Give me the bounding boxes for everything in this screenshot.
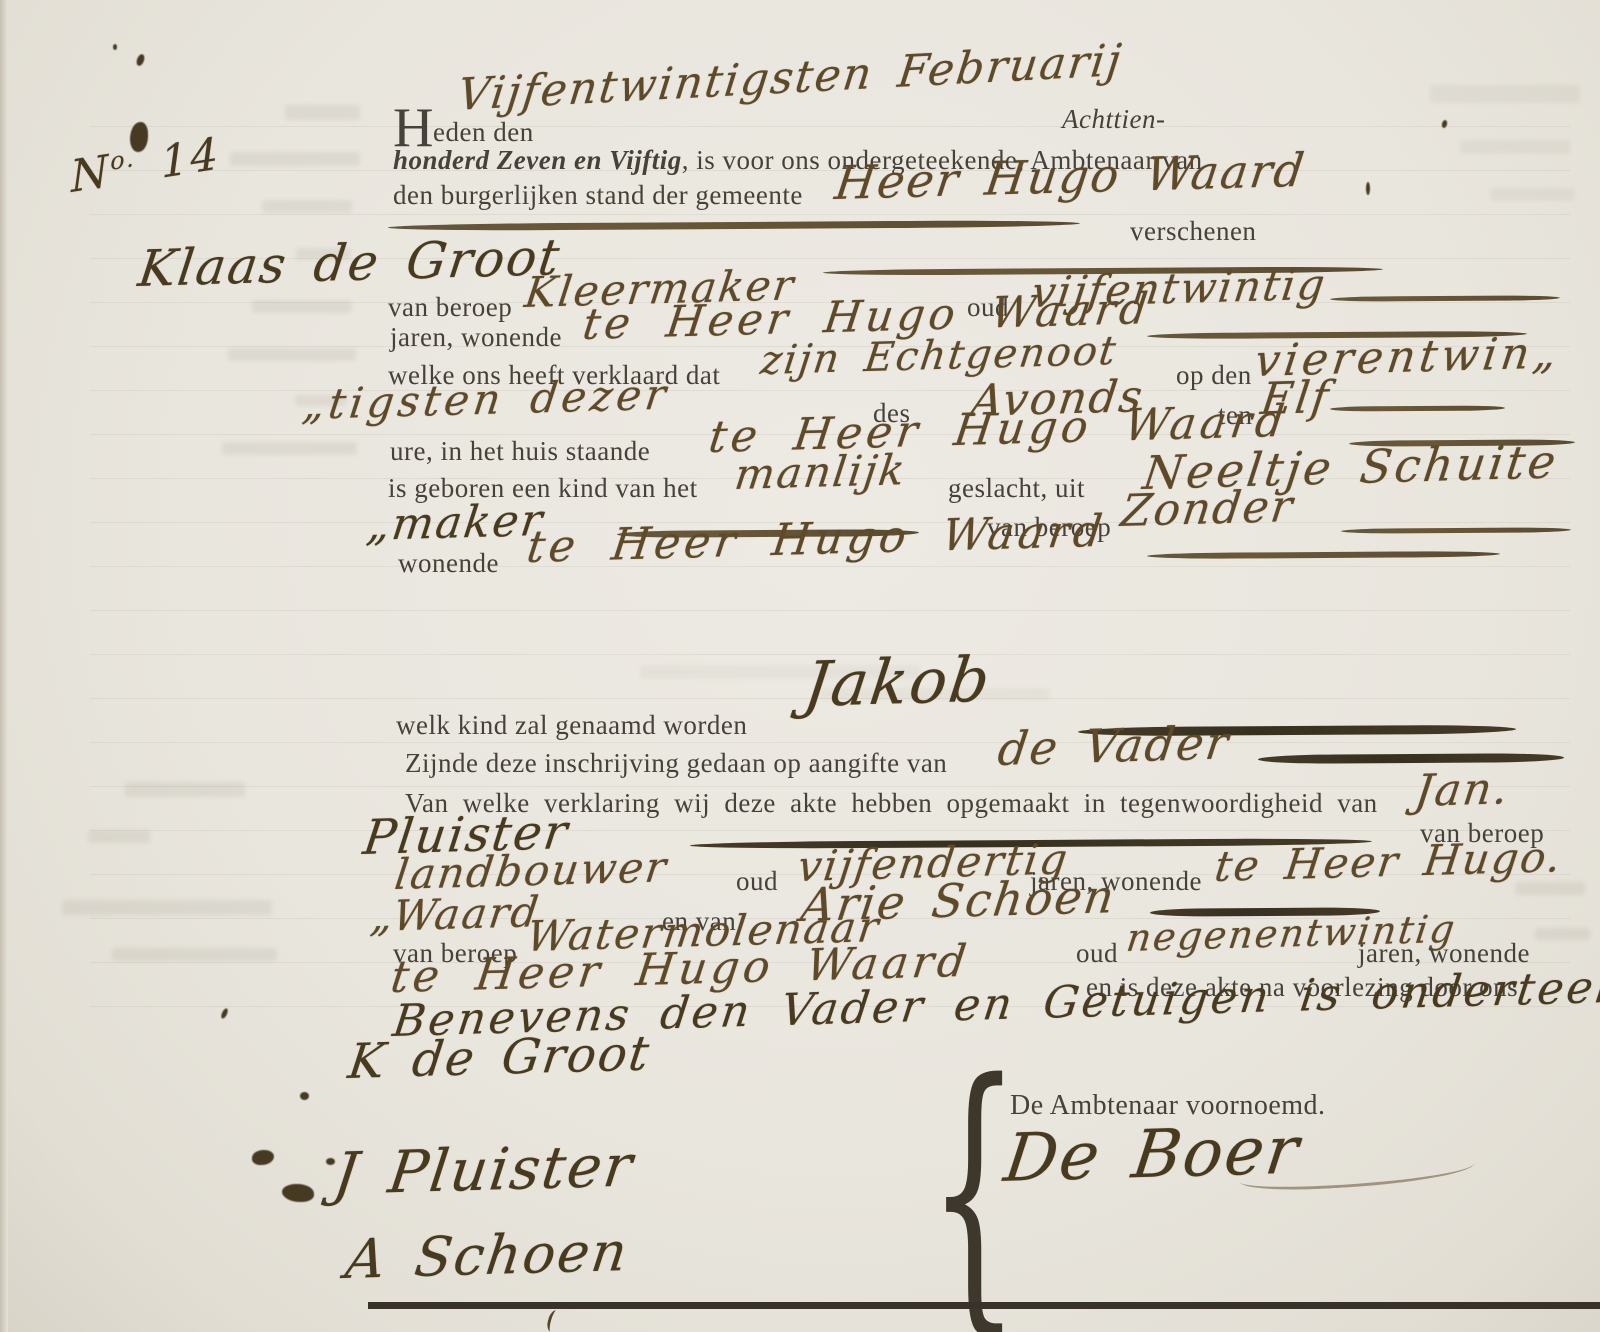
bleed-through-mark (222, 442, 357, 455)
printed-inschrijving-aangifte: Zijnde deze inschrijving gedaan op aangi… (405, 748, 947, 779)
ink-blot (282, 1184, 314, 1202)
printed-oud-3: oud (1076, 938, 1118, 969)
handwritten-declarant-name: Klaas de Groot (135, 228, 565, 298)
handwritten-informant: de Vader (995, 715, 1233, 776)
ink-blot (113, 44, 117, 50)
bleed-through-mark (285, 105, 360, 120)
bleed-through-mark (1515, 882, 1585, 895)
bleed-through-mark (125, 782, 245, 797)
printed-ure-huis: ure, in het huis staande (390, 436, 650, 467)
printed-oud-2: oud (736, 866, 778, 897)
printed-jaren-wonende-1: jaren, wonende (390, 322, 562, 353)
ink-blot (252, 1150, 274, 1165)
bleed-through-mark (228, 348, 356, 361)
bleed-through-mark (1460, 140, 1570, 154)
bleed-through-mark (262, 200, 352, 213)
handwritten-child-name: Jakob (800, 643, 996, 721)
handwritten-gender: manlijk (732, 445, 910, 499)
signature-witness1: J Pluister (330, 1131, 638, 1208)
printed-van-beroep-1: van beroep (388, 292, 512, 323)
printed-op-den: op den (1176, 360, 1252, 391)
ink-blot (326, 1158, 335, 1165)
act-number-superscript: o. (109, 144, 136, 176)
printed-gemeente-label: den burgerlijken stand der gemeente (393, 180, 803, 211)
signature-witness2: A Schoen (342, 1220, 633, 1291)
act-number-prefix: N (69, 145, 112, 203)
printed-wonende-2: wonende (398, 548, 499, 579)
bleed-through-mark (1490, 188, 1575, 201)
bottom-separator-rule (368, 1302, 1600, 1309)
signature-declarant: K de Groot (345, 1025, 654, 1090)
act-number-value: 14 (159, 128, 221, 189)
bleed-through-mark (62, 900, 272, 915)
printed-achttien: Achttien- (1062, 104, 1165, 135)
printed-verschenen: verschenen (1130, 216, 1256, 247)
handwritten-witness1-res-1: te Heer Hugo. (1212, 832, 1566, 891)
ink-blot (300, 1092, 309, 1100)
printed-geslacht-uit: geslacht, uit (948, 473, 1085, 504)
ink-blot (1366, 182, 1370, 195)
bleed-through-mark (88, 830, 150, 843)
handwritten-mother-name-2: „maker (364, 495, 547, 551)
handwritten-birth-day-2: „tigsten dezer (300, 370, 673, 429)
printed-year-italic: honderd Zeven en Vijftig (393, 145, 682, 175)
handwritten-witness1-first: Jan. (1412, 763, 1513, 817)
printed-kind-genaamd: welk kind zal genaamd worden (396, 710, 747, 741)
printed-heden-den: eden den (433, 117, 534, 148)
bleed-through-mark (1535, 928, 1590, 940)
handwritten-witness1-res-2: „Waard (368, 887, 543, 941)
scan-edge-shadow (0, 0, 8, 1332)
birth-certificate-scan: No. 14 H eden den Vijfentwintigsten Febr… (0, 0, 1600, 1332)
bleed-through-mark (230, 152, 360, 166)
handwritten-date: Vijfentwintigsten Februarij (455, 35, 1126, 121)
handwritten-mother-beroep: Zonder (1118, 481, 1297, 537)
bottom-ink-flourish (545, 1309, 562, 1332)
bleed-through-mark (1430, 85, 1580, 103)
bleed-through-mark (112, 948, 277, 961)
bleed-through-mark (252, 300, 352, 313)
ink-blot (135, 53, 146, 67)
